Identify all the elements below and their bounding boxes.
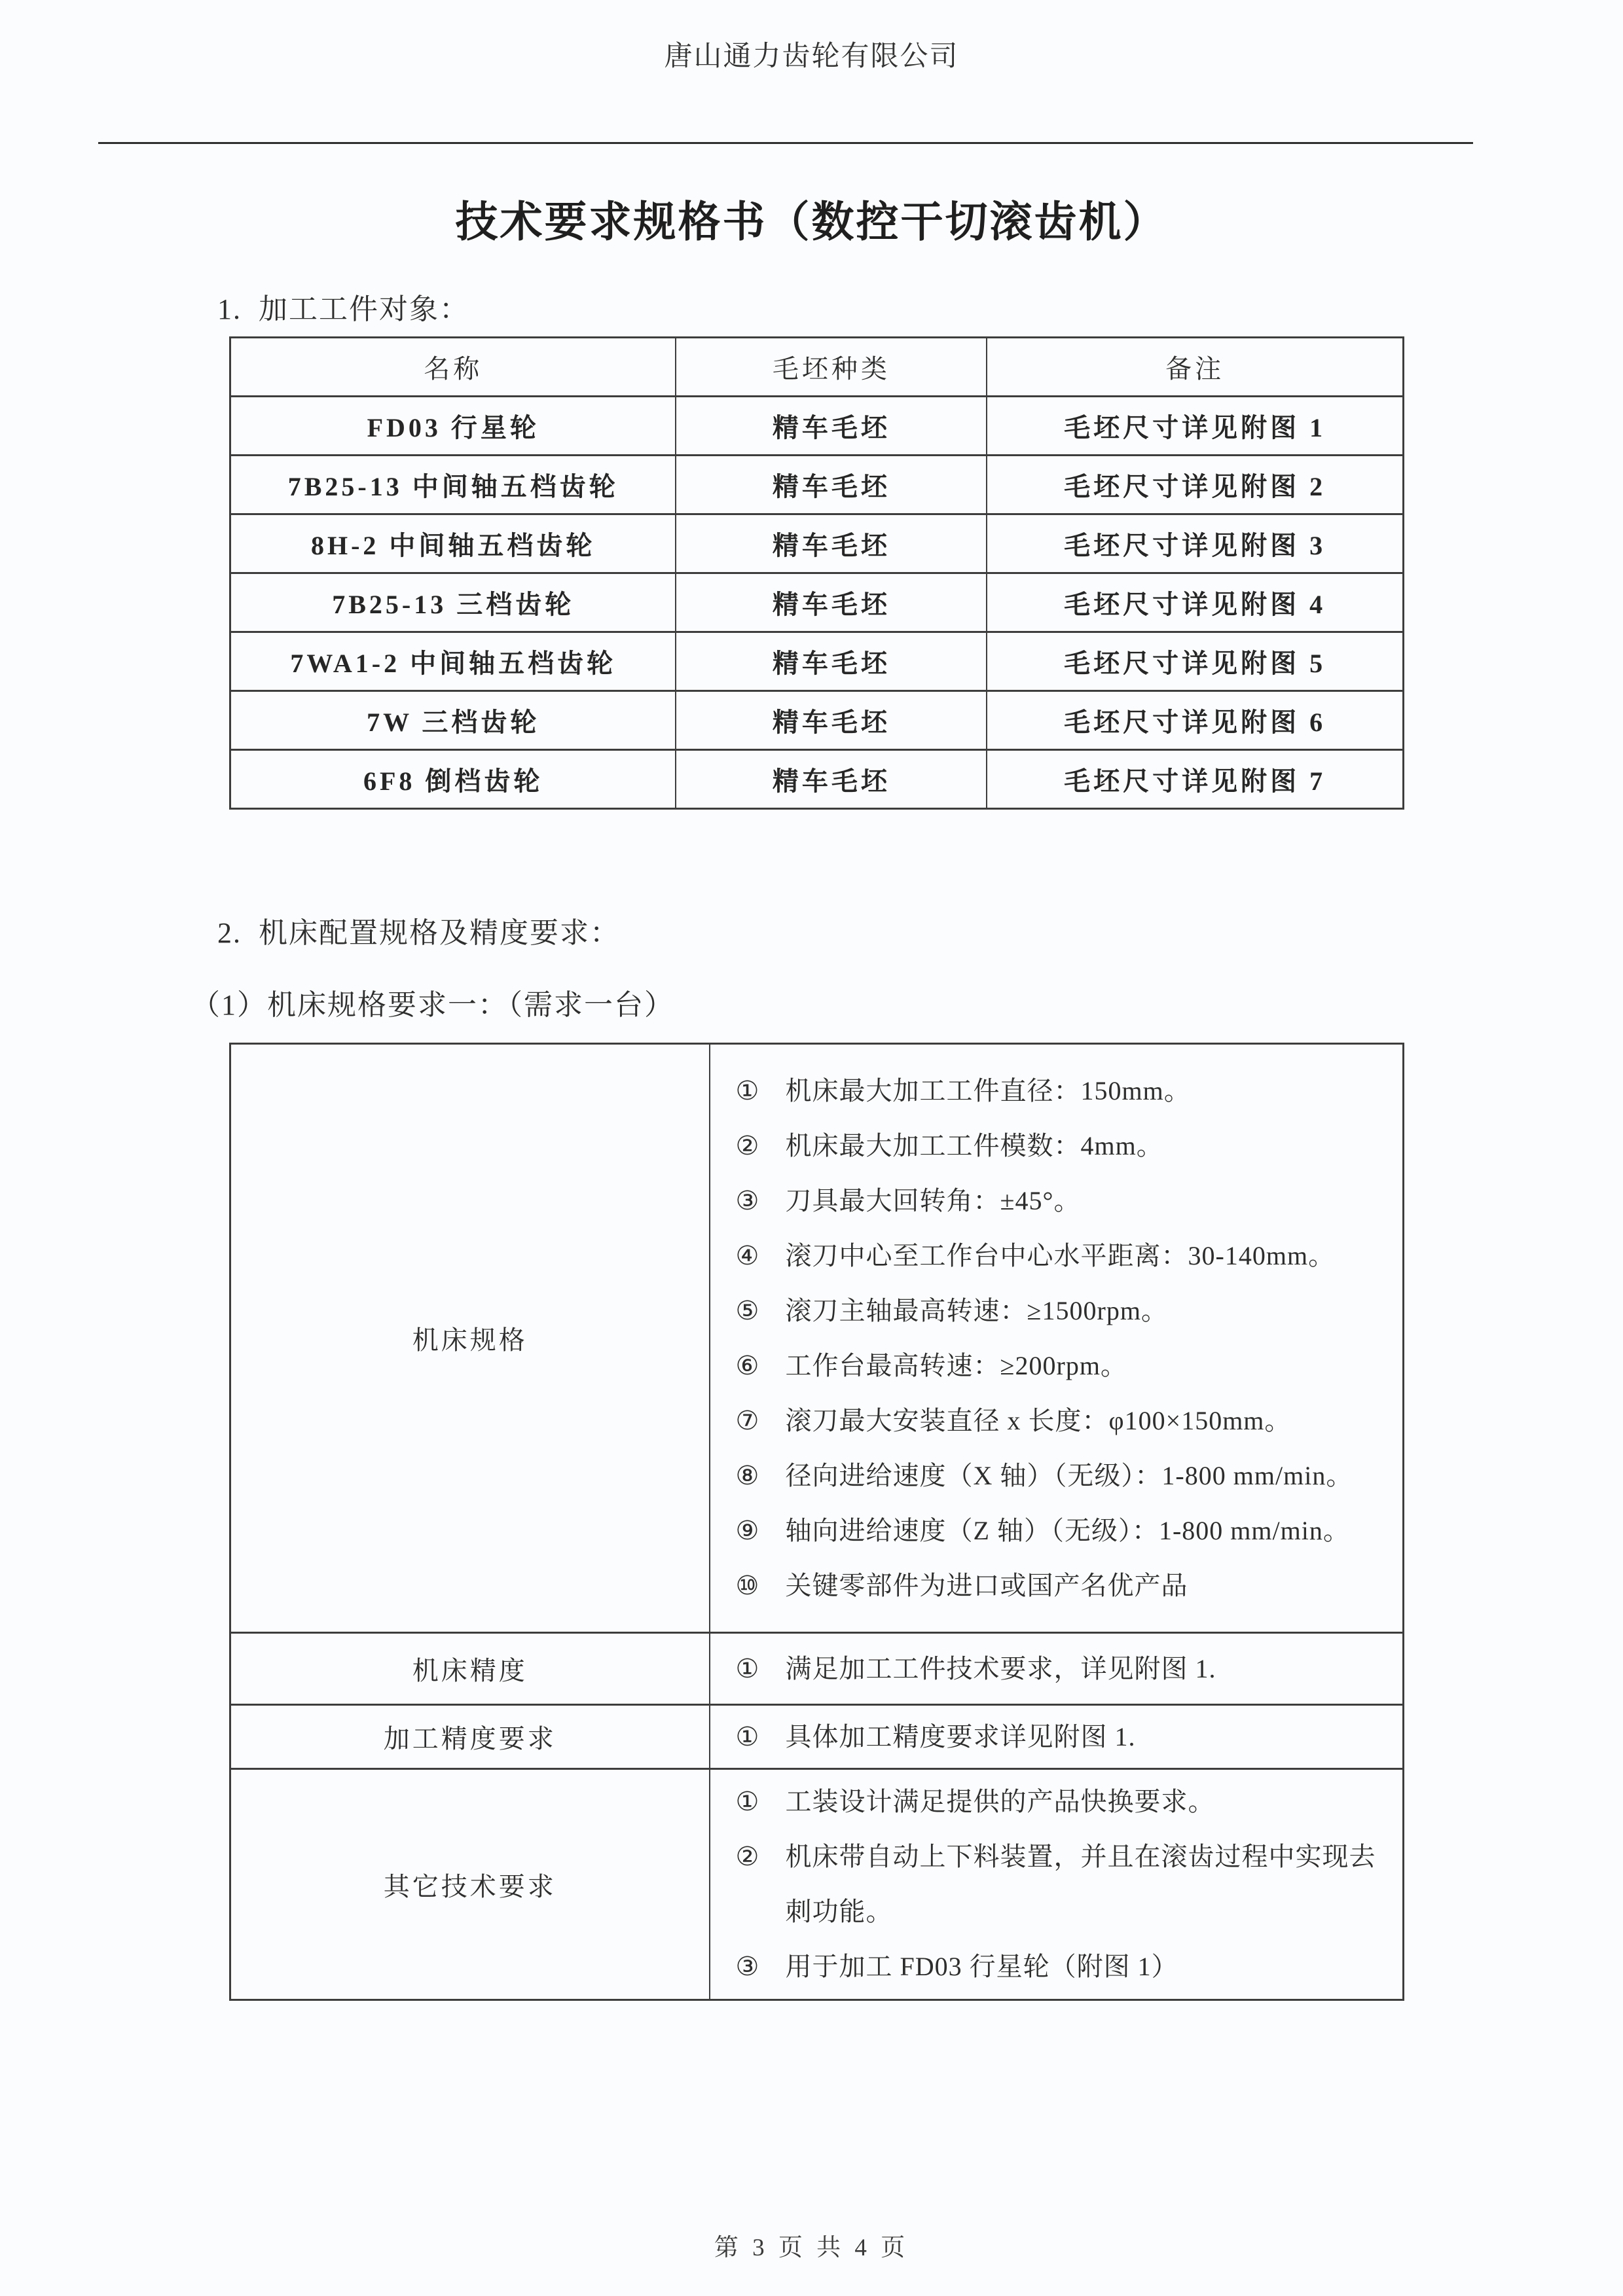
spec-item-text: 刀具最大回转角：±45°。 xyxy=(786,1174,1393,1229)
spec-item: ③用于加工 FD03 行星轮（附图 1） xyxy=(736,1939,1393,1994)
section-2-number: 2. xyxy=(217,916,242,950)
spec-row-other-requirements: 其它技术要求 ①工装设计满足提供的产品快换要求。 ②机床带自动上下料装置，并且在… xyxy=(230,1769,1404,2000)
document-title: 技术要求规格书（数控干切滚齿机） xyxy=(0,187,1623,249)
cell-remarks: 毛坯尺寸详见附图 7 xyxy=(987,750,1403,809)
section-1-number: 1. xyxy=(217,293,242,326)
subsection-1-heading: （1）机床规格要求一：（需求一台） xyxy=(191,981,1623,1023)
spec-item-text: 工作台最高转速：≥200rpm。 xyxy=(786,1338,1393,1393)
table-row: 7WA1-2 中间轴五档齿轮 精车毛坯 毛坯尺寸详见附图 5 xyxy=(230,632,1404,691)
spec-item-text: 关键零部件为进口或国产名优产品 xyxy=(786,1558,1393,1613)
spec-item-text: 具体加工精度要求详见附图 1. xyxy=(786,1710,1393,1765)
spec-item-text: 滚刀最大安装直径 x 长度：φ100×150mm。 xyxy=(786,1393,1393,1448)
spec-item: ①满足加工工件技术要求，详见附图 1. xyxy=(736,1641,1393,1696)
cell-remarks: 毛坯尺寸详见附图 4 xyxy=(987,573,1403,632)
company-name: 唐山通力齿轮有限公司 xyxy=(0,0,1623,74)
spec-item-text: 轴向进给速度（Z 轴）（无级）：1-800 mm/min。 xyxy=(786,1503,1393,1558)
spec-row-machine-specs: 机床规格 ①机床最大加工工件直径：150mm。 ②机床最大加工工件模数：4mm。… xyxy=(230,1044,1404,1633)
spec-item-text: 机床最大加工工件直径：150mm。 xyxy=(786,1064,1393,1119)
spec-item: ⑤滚刀主轴最高转速：≥1500rpm。 xyxy=(736,1283,1393,1338)
spec-item: ①工装设计满足提供的产品快换要求。 xyxy=(736,1774,1393,1829)
spec-item: ⑦滚刀最大安装直径 x 长度：φ100×150mm。 xyxy=(736,1393,1393,1448)
cell-name: 7W 三档齿轮 xyxy=(230,691,676,750)
cell-name: 6F8 倒档齿轮 xyxy=(230,750,676,809)
spec-item-text: 机床带自动上下料装置，并且在滚齿过程中实现去刺功能。 xyxy=(786,1829,1393,1939)
cell-name: 8H-2 中间轴五档齿轮 xyxy=(230,514,676,573)
spec-item-list: ①满足加工工件技术要求，详见附图 1. xyxy=(711,1641,1402,1696)
spec-row-items: ①具体加工精度要求详见附图 1. xyxy=(710,1705,1404,1769)
cell-remarks: 毛坯尺寸详见附图 2 xyxy=(987,456,1403,514)
col-header-blank-type: 毛坯种类 xyxy=(676,338,987,397)
spec-row-items: ①满足加工工件技术要求，详见附图 1. xyxy=(710,1633,1404,1705)
spec-item-list: ①机床最大加工工件直径：150mm。 ②机床最大加工工件模数：4mm。 ③刀具最… xyxy=(711,1047,1402,1630)
workpiece-table-header-row: 名称 毛坯种类 备注 xyxy=(230,338,1404,397)
cell-name: FD03 行星轮 xyxy=(230,397,676,456)
cell-blank-type: 精车毛坯 xyxy=(676,397,987,456)
spec-item: ②机床带自动上下料装置，并且在滚齿过程中实现去刺功能。 xyxy=(736,1829,1393,1939)
table-row: 7B25-13 三档齿轮 精车毛坯 毛坯尺寸详见附图 4 xyxy=(230,573,1404,632)
spec-item-text: 滚刀主轴最高转速：≥1500rpm。 xyxy=(786,1283,1393,1338)
circled-number-marker: ③ xyxy=(736,1174,767,1229)
circled-number-marker: ⑤ xyxy=(736,1283,767,1338)
table-row: FD03 行星轮 精车毛坯 毛坯尺寸详见附图 1 xyxy=(230,397,1404,456)
spec-item-list: ①工装设计满足提供的产品快换要求。 ②机床带自动上下料装置，并且在滚齿过程中实现… xyxy=(711,1770,1402,1998)
cell-blank-type: 精车毛坯 xyxy=(676,573,987,632)
circled-number-marker: ⑥ xyxy=(736,1338,767,1393)
circled-number-marker: ⑩ xyxy=(736,1558,767,1613)
spec-row-label: 其它技术要求 xyxy=(230,1769,710,2000)
cell-blank-type: 精车毛坯 xyxy=(676,632,987,691)
workpiece-table: 名称 毛坯种类 备注 FD03 行星轮 精车毛坯 毛坯尺寸详见附图 1 7B25… xyxy=(229,336,1404,810)
cell-remarks: 毛坯尺寸详见附图 6 xyxy=(987,691,1403,750)
cell-blank-type: 精车毛坯 xyxy=(676,456,987,514)
spec-item: ④滚刀中心至工作台中心水平距离：30-140mm。 xyxy=(736,1229,1393,1283)
table-row: 7W 三档齿轮 精车毛坯 毛坯尺寸详见附图 6 xyxy=(230,691,1404,750)
circled-number-marker: ⑦ xyxy=(736,1393,767,1448)
section-2-heading: 2.机床配置规格及精度要求： xyxy=(217,909,1623,951)
spec-item-text: 满足加工工件技术要求，详见附图 1. xyxy=(786,1641,1393,1696)
section-1-title: 加工工件对象： xyxy=(259,293,469,325)
circled-number-marker: ① xyxy=(736,1641,767,1696)
spec-item-text: 滚刀中心至工作台中心水平距离：30-140mm。 xyxy=(786,1229,1393,1283)
spec-item-text: 工装设计满足提供的产品快换要求。 xyxy=(786,1774,1393,1829)
section-1-heading: 1.加工工件对象： xyxy=(217,285,1623,327)
circled-number-marker: ① xyxy=(736,1064,767,1119)
cell-name: 7WA1-2 中间轴五档齿轮 xyxy=(230,632,676,691)
spec-item: ①具体加工精度要求详见附图 1. xyxy=(736,1710,1393,1765)
section-2-title: 机床配置规格及精度要求： xyxy=(259,917,620,949)
cell-name: 7B25-13 三档齿轮 xyxy=(230,573,676,632)
page-footer: 第 3 页 共 4 页 xyxy=(0,2227,1623,2263)
spec-item-text: 径向进给速度（X 轴）（无级）：1-800 mm/min。 xyxy=(786,1448,1393,1503)
circled-number-marker: ⑧ xyxy=(736,1448,767,1503)
circled-number-marker: ③ xyxy=(736,1939,767,1994)
circled-number-marker: ② xyxy=(736,1119,767,1174)
spec-row-label: 机床规格 xyxy=(230,1044,710,1633)
circled-number-marker: ① xyxy=(736,1710,767,1765)
spec-item: ②机床最大加工工件模数：4mm。 xyxy=(736,1119,1393,1174)
circled-number-marker: ④ xyxy=(736,1229,767,1283)
cell-name: 7B25-13 中间轴五档齿轮 xyxy=(230,456,676,514)
table-row: 7B25-13 中间轴五档齿轮 精车毛坯 毛坯尺寸详见附图 2 xyxy=(230,456,1404,514)
spec-row-label: 机床精度 xyxy=(230,1633,710,1705)
cell-blank-type: 精车毛坯 xyxy=(676,750,987,809)
spec-row-machine-precision: 机床精度 ①满足加工工件技术要求，详见附图 1. xyxy=(230,1633,1404,1705)
spec-row-items: ①工装设计满足提供的产品快换要求。 ②机床带自动上下料装置，并且在滚齿过程中实现… xyxy=(710,1769,1404,2000)
header-divider xyxy=(98,142,1473,144)
scanned-document-page: 唐山通力齿轮有限公司 技术要求规格书（数控干切滚齿机） 1.加工工件对象： 名称… xyxy=(0,0,1623,2296)
spec-item-list: ①具体加工精度要求详见附图 1. xyxy=(711,1710,1402,1765)
spec-item: ⑧径向进给速度（X 轴）（无级）：1-800 mm/min。 xyxy=(736,1448,1393,1503)
col-header-remarks: 备注 xyxy=(987,338,1403,397)
cell-blank-type: 精车毛坯 xyxy=(676,691,987,750)
cell-blank-type: 精车毛坯 xyxy=(676,514,987,573)
spec-item: ⑨轴向进给速度（Z 轴）（无级）：1-800 mm/min。 xyxy=(736,1503,1393,1558)
circled-number-marker: ⑨ xyxy=(736,1503,767,1558)
spec-item-text: 用于加工 FD03 行星轮（附图 1） xyxy=(786,1939,1393,1994)
circled-number-marker: ② xyxy=(736,1829,767,1884)
spec-item-text: 机床最大加工工件模数：4mm。 xyxy=(786,1119,1393,1174)
spec-row-machining-precision: 加工精度要求 ①具体加工精度要求详见附图 1. xyxy=(230,1705,1404,1769)
table-row: 8H-2 中间轴五档齿轮 精车毛坯 毛坯尺寸详见附图 3 xyxy=(230,514,1404,573)
cell-remarks: 毛坯尺寸详见附图 5 xyxy=(987,632,1403,691)
col-header-name: 名称 xyxy=(230,338,676,397)
spec-table: 机床规格 ①机床最大加工工件直径：150mm。 ②机床最大加工工件模数：4mm。… xyxy=(229,1043,1404,2001)
spec-item: ③刀具最大回转角：±45°。 xyxy=(736,1174,1393,1229)
spec-row-items: ①机床最大加工工件直径：150mm。 ②机床最大加工工件模数：4mm。 ③刀具最… xyxy=(710,1044,1404,1633)
spec-item: ⑥工作台最高转速：≥200rpm。 xyxy=(736,1338,1393,1393)
circled-number-marker: ① xyxy=(736,1774,767,1829)
spec-row-label: 加工精度要求 xyxy=(230,1705,710,1769)
table-row: 6F8 倒档齿轮 精车毛坯 毛坯尺寸详见附图 7 xyxy=(230,750,1404,809)
spec-item: ⑩关键零部件为进口或国产名优产品 xyxy=(736,1558,1393,1613)
cell-remarks: 毛坯尺寸详见附图 3 xyxy=(987,514,1403,573)
cell-remarks: 毛坯尺寸详见附图 1 xyxy=(987,397,1403,456)
spec-item: ①机床最大加工工件直径：150mm。 xyxy=(736,1064,1393,1119)
